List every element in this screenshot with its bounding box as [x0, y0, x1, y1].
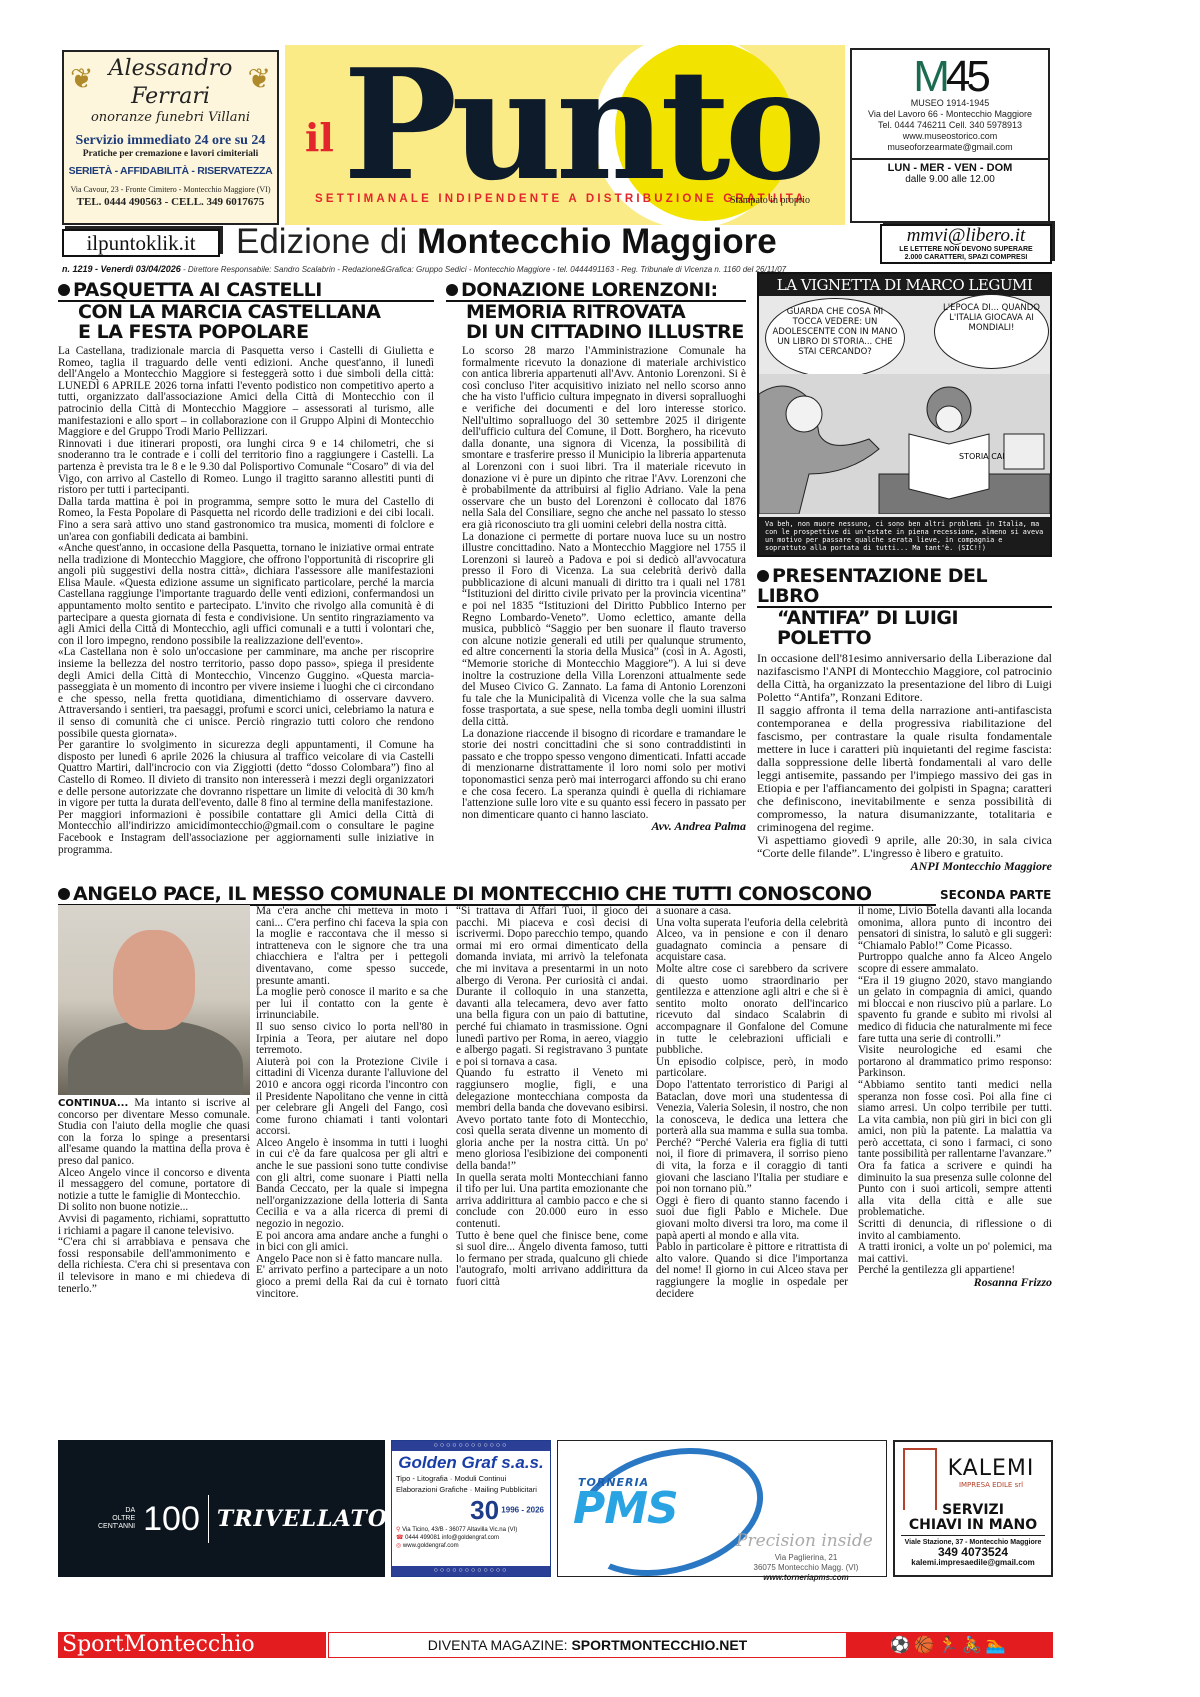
- article-antifa: PRESENTAZIONE DEL LIBRO “ANTIFA” DI LUIG…: [757, 566, 1052, 873]
- trivellato-brand: TRIVELLATO®: [217, 1506, 397, 1532]
- pms-address: Via Paglierina, 21 36075 Montecchio Magg…: [736, 1553, 876, 1583]
- article-headline: DONAZIONE LORENZONI: MEMORIA RITROVATA D…: [446, 280, 746, 342]
- pms-logo: PMS: [573, 1483, 678, 1534]
- bullet-icon: [757, 570, 769, 582]
- ad-ferrari-funeral[interactable]: ❦ ❦ Alessandro Ferrari onoranze funebri …: [62, 50, 279, 225]
- issue-number: n. 1219 - Venerdì 03/04/2026: [62, 264, 181, 274]
- article-body: La Castellana, tradizionale marcia di Pa…: [58, 346, 434, 856]
- sport-icons: ⚽🏀🏃🚴🏊: [847, 1632, 1053, 1658]
- globe-icon: ◎: [396, 1543, 401, 1549]
- museo-email[interactable]: museoforzearmate@gmail.com: [852, 142, 1048, 153]
- golden-name: Golden Graf s.a.s.: [392, 1453, 550, 1473]
- museo-days: LUN - MER - VEN - DOM: [852, 162, 1048, 174]
- ad-ferrari-values: SERIETÀ - AFFIDABILITÀ - RISERVATEZZA: [64, 165, 277, 177]
- museo-web[interactable]: www.museostorico.com: [852, 131, 1048, 142]
- museo-hours: dalle 9.00 alle 12.00: [852, 174, 1048, 185]
- email-note-1: LE LETTERE NON DEVONO SUPERARE: [882, 246, 1050, 254]
- email-box[interactable]: mmvi@libero.it LE LETTERE NON DEVONO SUP…: [880, 224, 1052, 264]
- location-pin-icon: ⚲: [396, 1527, 400, 1533]
- golden-line-1: Tipo - Litografia · Moduli Continui: [392, 1473, 550, 1484]
- article-body: In occasione dell'81esimo anniversario d…: [757, 652, 1052, 873]
- article-body: Lo scorso 28 marzo l'Amministrazione Com…: [446, 346, 746, 833]
- ad-golden-graf[interactable]: ○○○○○○○○○○○○ Golden Graf s.a.s. Tipo - L…: [391, 1440, 551, 1577]
- ad-ferrari-address: Via Cavour, 23 - Fronte Cimitero - Monte…: [64, 185, 277, 194]
- ad-ferrari-service: Servizio immediato 24 ore su 24: [64, 133, 277, 149]
- cartoon-title: LA VIGNETTA DI MARCO LEGUMI: [759, 274, 1050, 296]
- site-link[interactable]: ilpuntoklik.it: [62, 229, 220, 257]
- angelo-col-5: il nome, Livio Botella davanti alla loca…: [858, 906, 1052, 1289]
- issue-credits: - Direttore Responsabile: Sandro Scalabr…: [181, 265, 786, 274]
- portrait-photo: [58, 905, 250, 1095]
- museo-name: MUSEO 1914-1945: [852, 98, 1048, 109]
- edition-prefix: Edizione di: [236, 222, 407, 261]
- ad-kalemi[interactable]: KALEMI IMPRESA EDILE srl SERVIZICHIAVI I…: [893, 1440, 1053, 1577]
- building-icon: [903, 1448, 937, 1510]
- part-label: SECONDA PARTE: [940, 888, 1051, 902]
- ad-torneria-pms[interactable]: TORNERIA PMS Precision inside Via Paglie…: [557, 1440, 887, 1577]
- masthead: il Punto SETTIMANALE INDIPENDENTE A DIST…: [285, 45, 845, 225]
- angelo-col-4: a suonare a casa. Una volta superata l'e…: [656, 906, 848, 1300]
- article-headline: PRESENTAZIONE DEL LIBRO “ANTIFA” DI LUIG…: [757, 566, 1052, 648]
- masthead-printed: Stampato in proprio: [730, 195, 810, 206]
- email-note-2: 2.000 CARATTERI, SPAZI COMPRESI: [882, 254, 1050, 262]
- bullet-icon: [446, 284, 458, 296]
- pms-web[interactable]: www.torneriapms.com: [736, 1573, 876, 1583]
- article-signature: Avv. Andrea Palma: [462, 821, 746, 833]
- edition-city: Montecchio Maggiore: [417, 222, 777, 261]
- edition-title: Edizione di Montecchio Maggiore: [236, 222, 777, 262]
- masthead-title: Punto: [343, 45, 820, 214]
- ad-ferrari-service-sub: Pratiche per cremazione e lavori cimiter…: [64, 149, 277, 159]
- museo-phones: Tel. 0444 746211 Cell. 340 5978913: [852, 120, 1048, 131]
- laurel-right-icon: ❦: [248, 62, 271, 95]
- ad-trivellato[interactable]: DAOLTRECENT'ANNI 100 TRIVELLATO®: [58, 1440, 385, 1577]
- speech-bubble-left: GUARDA CHE COSA MI TOCCA VEDERE: UN ADOL…: [765, 298, 905, 378]
- cartoon-panel: LA VIGNETTA DI MARCO LEGUMI GUARDA CHE C…: [757, 272, 1052, 557]
- article-signature: ANPI Montecchio Maggiore: [757, 860, 1052, 873]
- trivellato-100: 100: [143, 1500, 200, 1539]
- golden-web[interactable]: ◎ www.goldengraf.com: [392, 1542, 550, 1550]
- sport-montecchio-bar[interactable]: SportMontecchio DIVENTA MAGAZINE: SPORTM…: [58, 1632, 1053, 1658]
- museo-hours-box: LUN - MER - VEN - DOM dalle 9.00 alle 12…: [852, 158, 1048, 185]
- golden-anniversary: 30 1996 - 2026: [392, 1495, 550, 1526]
- golden-address: ⚲ Via Ticino, 43/B - 36077 Altavilla Vic…: [392, 1526, 550, 1534]
- bullet-icon: [58, 888, 70, 900]
- email-address[interactable]: mmvi@libero.it: [882, 226, 1050, 246]
- lead-label: CONTINUA...: [58, 1098, 128, 1109]
- angelo-headline: ANGELO PACE, IL MESSO COMUNALE DI MONTEC…: [58, 884, 936, 906]
- museo-address: Via del Lavoro 66 - Montecchio Maggiore: [852, 109, 1048, 120]
- ad-ferrari-name-2: Ferrari: [64, 86, 277, 108]
- laurel-left-icon: ❦: [70, 62, 93, 95]
- article-signature: Rosanna Frizzo: [858, 1277, 1052, 1289]
- issue-info: n. 1219 - Venerdì 03/04/2026 - Direttore…: [62, 264, 786, 274]
- article-headline: PASQUETTA AI CASTELLI CON LA MARCIA CAST…: [58, 280, 434, 342]
- speech-bubble-right: L'EPOCA DI... QUANDO L'ITALIA GIOCAVA AI…: [934, 294, 1049, 369]
- article-pasquetta: PASQUETTA AI CASTELLI CON LA MARCIA CAST…: [58, 280, 434, 856]
- article-lorenzoni: DONAZIONE LORENZONI: MEMORIA RITROVATA D…: [446, 280, 746, 833]
- masthead-il: il: [305, 115, 334, 160]
- ad-ferrari-subtitle: onoranze funebri Villani: [64, 110, 277, 125]
- kalemi-email[interactable]: kalemi.impresaedile@gmail.com: [895, 1558, 1051, 1567]
- sport-logo: SportMontecchio: [58, 1632, 326, 1658]
- museo-logo: M45: [852, 56, 1048, 98]
- cartoon-illustration: STORIA CAP. 3: [759, 374, 1050, 514]
- ad-museo[interactable]: M45 MUSEO 1914-1945 Via del Lavoro 66 - …: [850, 48, 1050, 223]
- ad-ferrari-phones: TEL. 0444 490563 - CELL. 349 6017675: [64, 196, 277, 208]
- pms-slogan: Precision inside: [736, 1531, 873, 1551]
- bullet-icon: [58, 284, 70, 296]
- phone-icon: ☎: [396, 1535, 403, 1541]
- golden-contact[interactable]: ☎ 0444 499081 info@goldengraf.com: [392, 1534, 550, 1542]
- kalemi-phone[interactable]: 349 4073524: [895, 1546, 1051, 1558]
- sport-cta[interactable]: DIVENTA MAGAZINE: SPORTMONTECCHIO.NET: [328, 1632, 847, 1658]
- angelo-col-1: CONTINUA... Ma intanto si iscrive al con…: [58, 1098, 250, 1295]
- angelo-col-3: “Si trattava di Affari Tuoi, il gioco de…: [456, 906, 648, 1289]
- ad-ferrari-name-1: Alessandro: [64, 58, 277, 80]
- golden-line-2: Elaborazioni Grafiche · Mailing Pubblici…: [392, 1484, 550, 1495]
- angelo-col-2: Ma c'era anche chi metteva in moto i can…: [256, 906, 448, 1300]
- trivellato-small: DAOLTRECENT'ANNI: [98, 1507, 135, 1531]
- cartoon-caption: Va beh, non muore nessuno, ci sono ben a…: [759, 517, 1050, 555]
- sport-site-link: SPORTMONTECCHIO.NET: [571, 1637, 747, 1653]
